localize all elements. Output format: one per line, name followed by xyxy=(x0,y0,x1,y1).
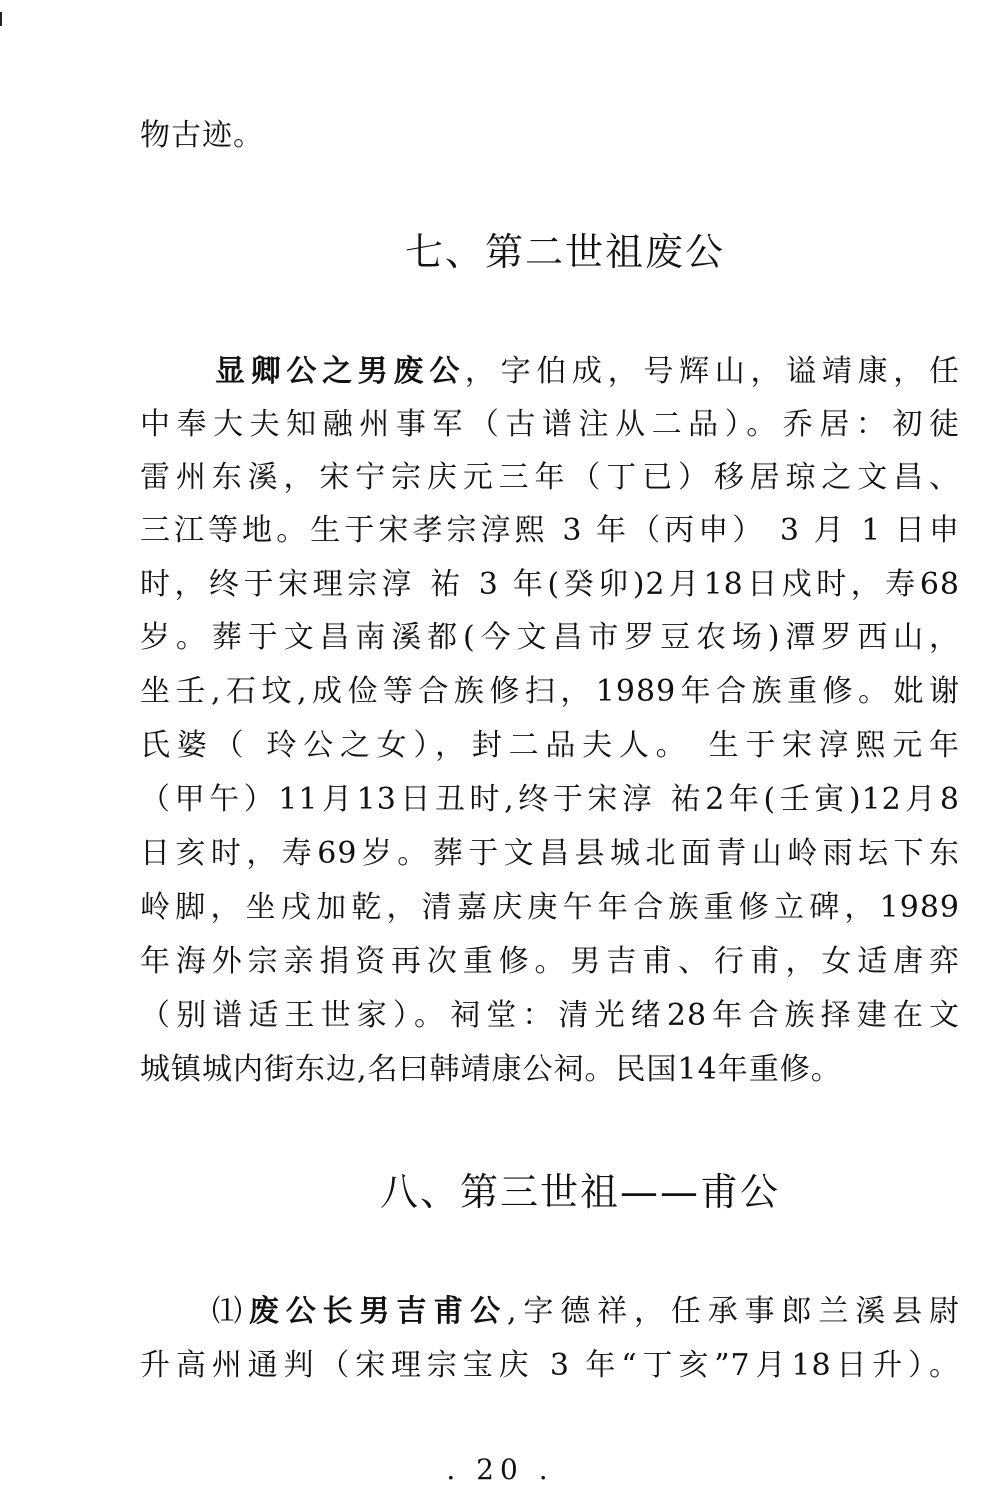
section-7-line: 时，终于宋理宗淳 祐 3 年(癸卯)2月18日戍时，寿68 xyxy=(140,565,960,605)
section-7-line: 三江等地。生于宋孝宗淳熙 3 年（丙申） 3 月 1 日申 xyxy=(140,511,960,551)
section-8-paragraph-first-line: ⑴废公长男吉甫公,字德祥，任承事郎兰溪县尉 xyxy=(212,1292,960,1332)
section-7-line: 日亥时，寿69岁。葬于文昌县城北面青山岭雨坛下东 xyxy=(140,834,960,874)
section-7-line: 城镇城内街东边,名曰韩靖康公祠。民国14年重修。 xyxy=(140,1050,960,1090)
section-7-line: （别谱适王世家）。祠堂：清光绪28年合族择建在文 xyxy=(140,996,960,1036)
section-7-line: 中奉大夫知融州事军（古谱注从二品）。乔居：初徒 xyxy=(140,405,960,445)
section-8-heading: 八、第三世祖——甫公 xyxy=(380,1168,780,1216)
section-8-line-text: ,字德祥，任承事郎兰溪县尉 xyxy=(507,1294,960,1329)
page-number: . 20 . xyxy=(0,1452,1000,1488)
paragraph-number: ⑴ xyxy=(212,1294,249,1329)
carryover-text-line: 物古迹。 xyxy=(140,116,960,156)
section-7-lead-name: 显卿公之男废公 xyxy=(215,354,465,389)
section-7-heading: 七、第二世祖废公 xyxy=(405,228,725,276)
section-8-lead-name: 废公长男吉甫公 xyxy=(249,1294,507,1329)
section-7-line: 雷州东溪，宋宁宗庆元三年（丁已）移居琼之文昌、 xyxy=(140,458,960,498)
section-7-line: （甲午）11月13日丑时,终于宋淳 祐2年(壬寅)12月8 xyxy=(140,780,960,820)
section-8-line: 升高州通判（宋理宗宝庆 3 年“丁亥”7月18日升）。 xyxy=(140,1346,960,1386)
section-7-line: 岭脚，坐戌加乾，清嘉庆庚午年合族重修立碑，1989 xyxy=(140,888,960,928)
section-7-line: 岁。葬于文昌南溪都(今文昌市罗豆农场)潭罗西山， xyxy=(140,618,960,658)
section-7-line: 坐壬,石坟,成俭等合族修扫，1989年合族重修。妣谢 xyxy=(140,672,960,712)
section-7-line: 氏婆（ 玲公之女），封二品夫人。 生于宋淳熙元年 xyxy=(140,726,960,766)
section-7-line: 年海外宗亲捐资再次重修。男吉甫、行甫，女适唐弈 xyxy=(140,942,960,982)
section-7-line-text: ，字伯成，号辉山，谥靖康，任 xyxy=(465,354,960,389)
scan-edge-mark xyxy=(0,12,2,26)
section-7-paragraph-first-line: 显卿公之男废公，字伯成，号辉山，谥靖康，任 xyxy=(215,352,960,392)
